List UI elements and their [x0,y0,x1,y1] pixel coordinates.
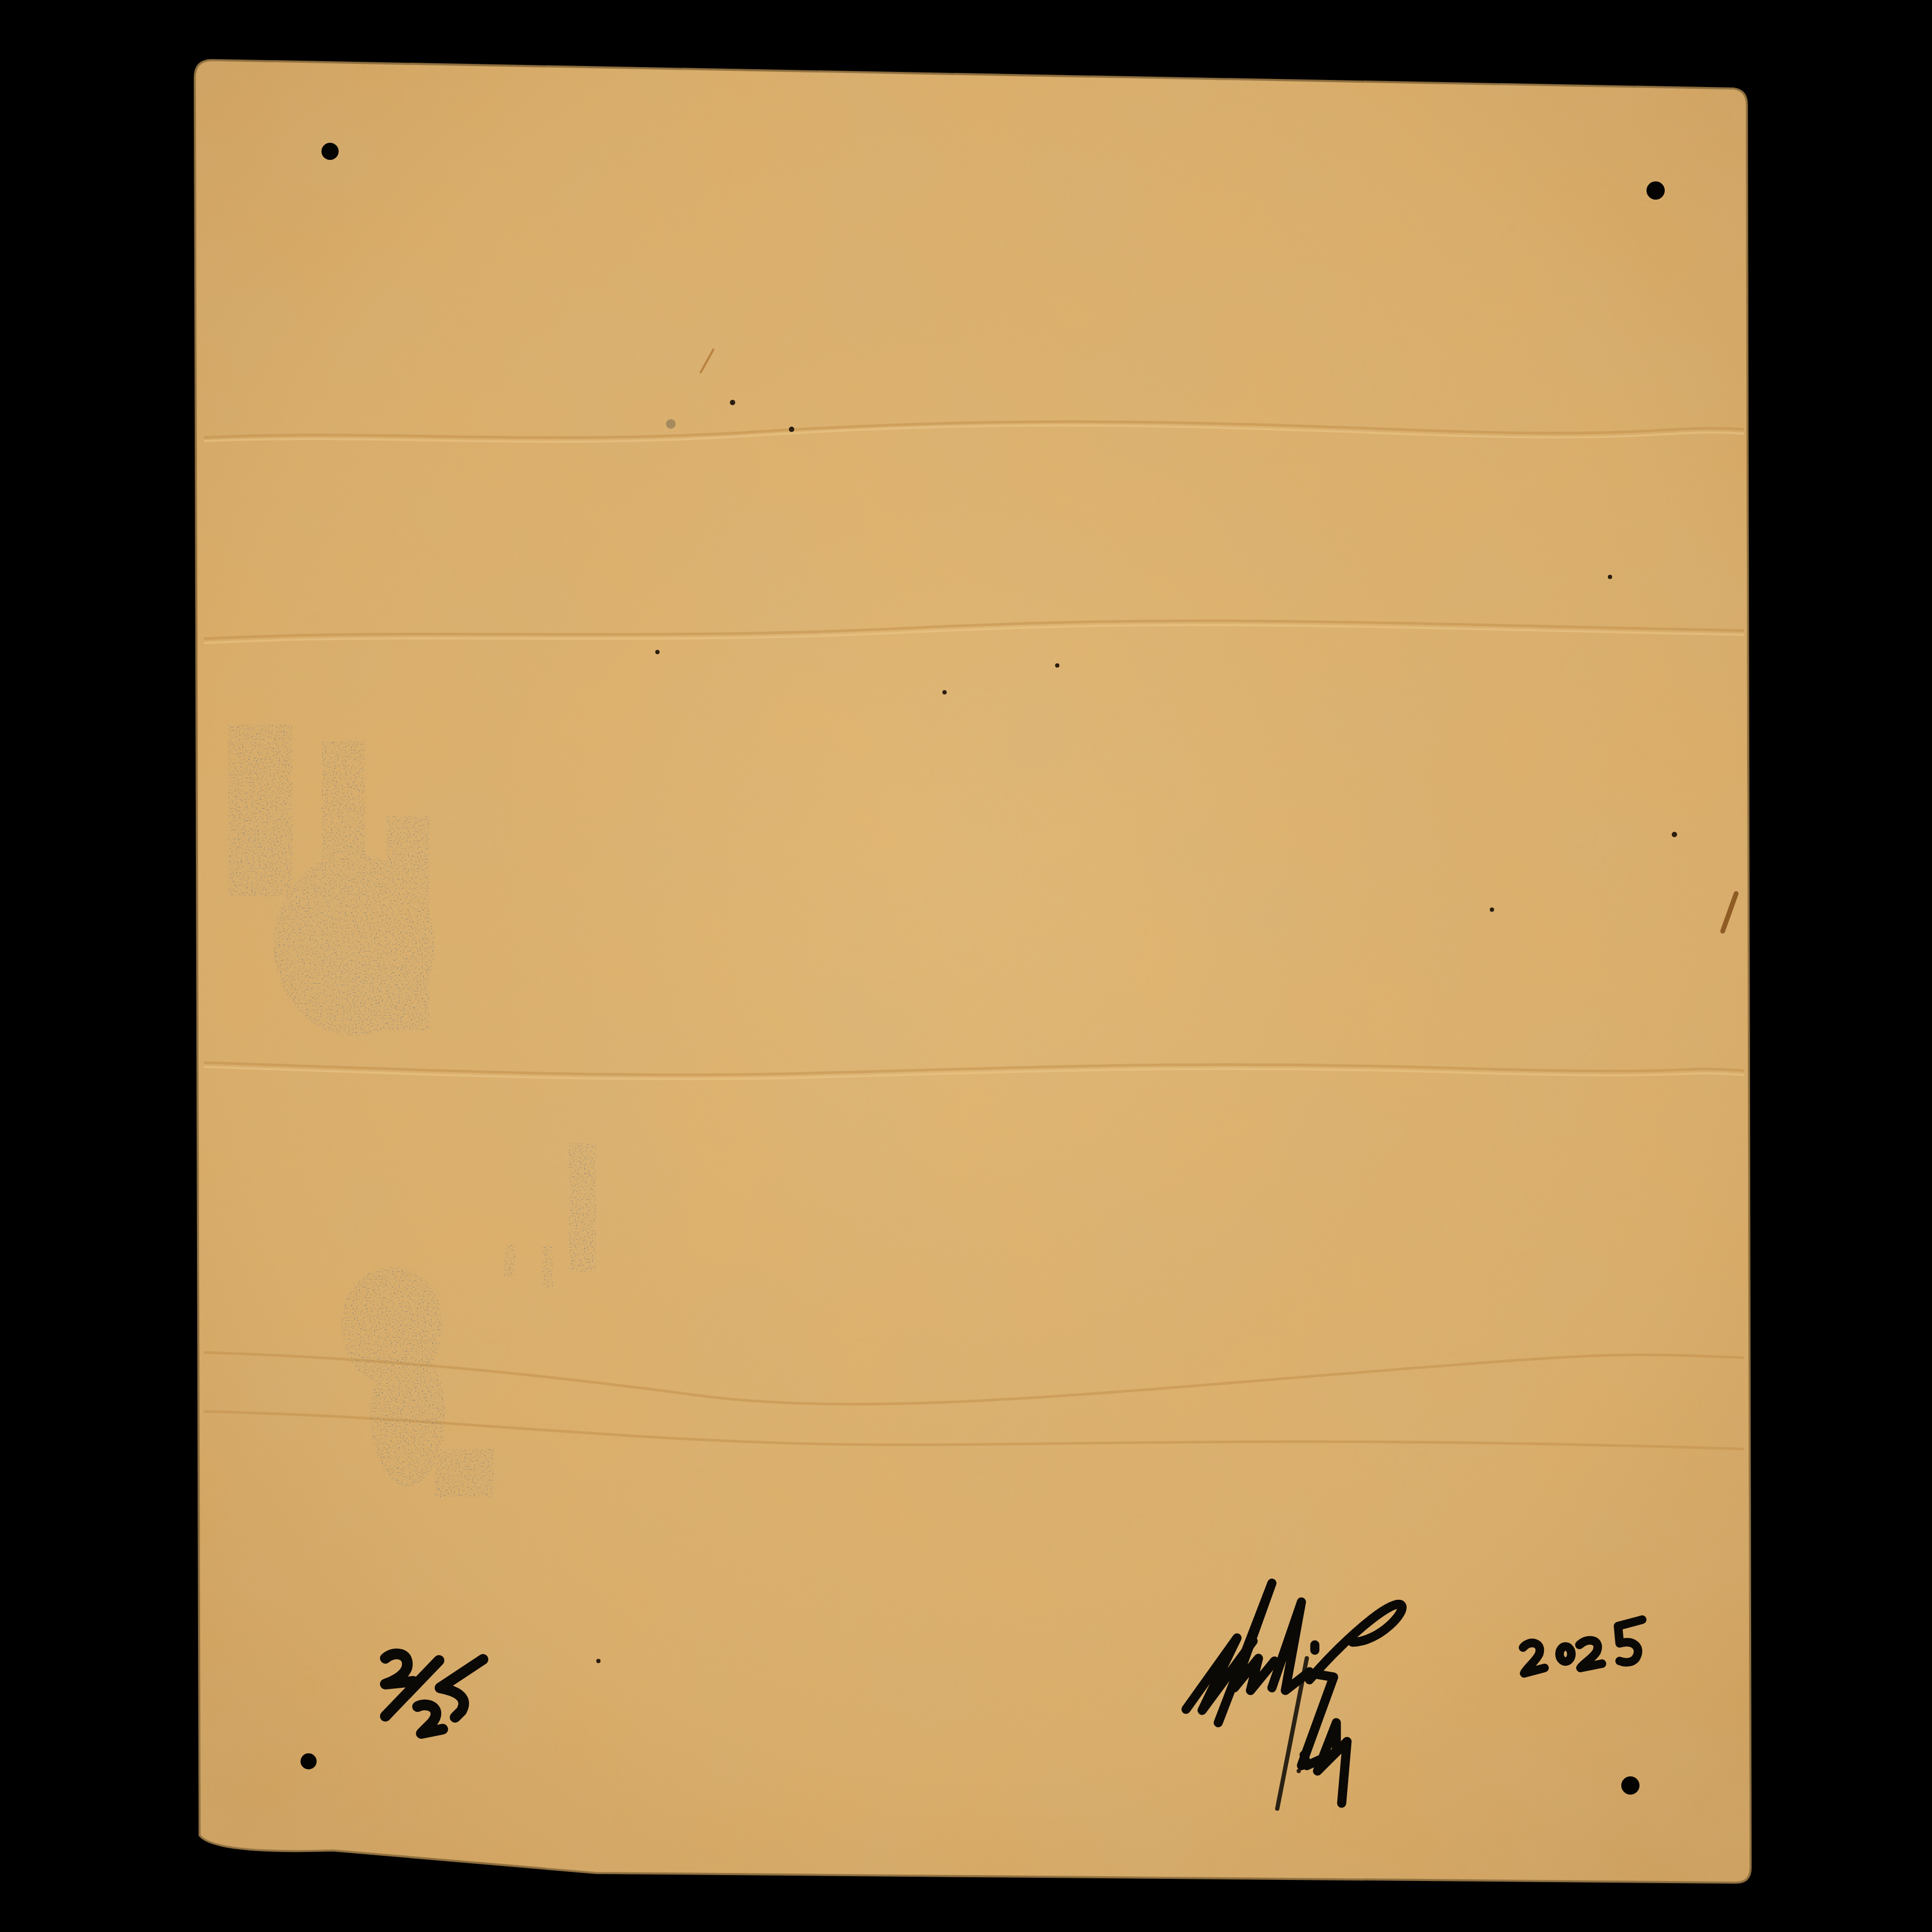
hole-bottom-right [1621,1776,1640,1795]
photo-background: 2/25 artist signature 2025 [0,0,1932,1932]
hole-top-right [1646,181,1665,200]
hole-top-left [321,143,339,160]
hole-bottom-left [301,1753,317,1769]
kraft-paper [188,54,1760,1889]
paper-sheet-photo [0,0,1932,1932]
